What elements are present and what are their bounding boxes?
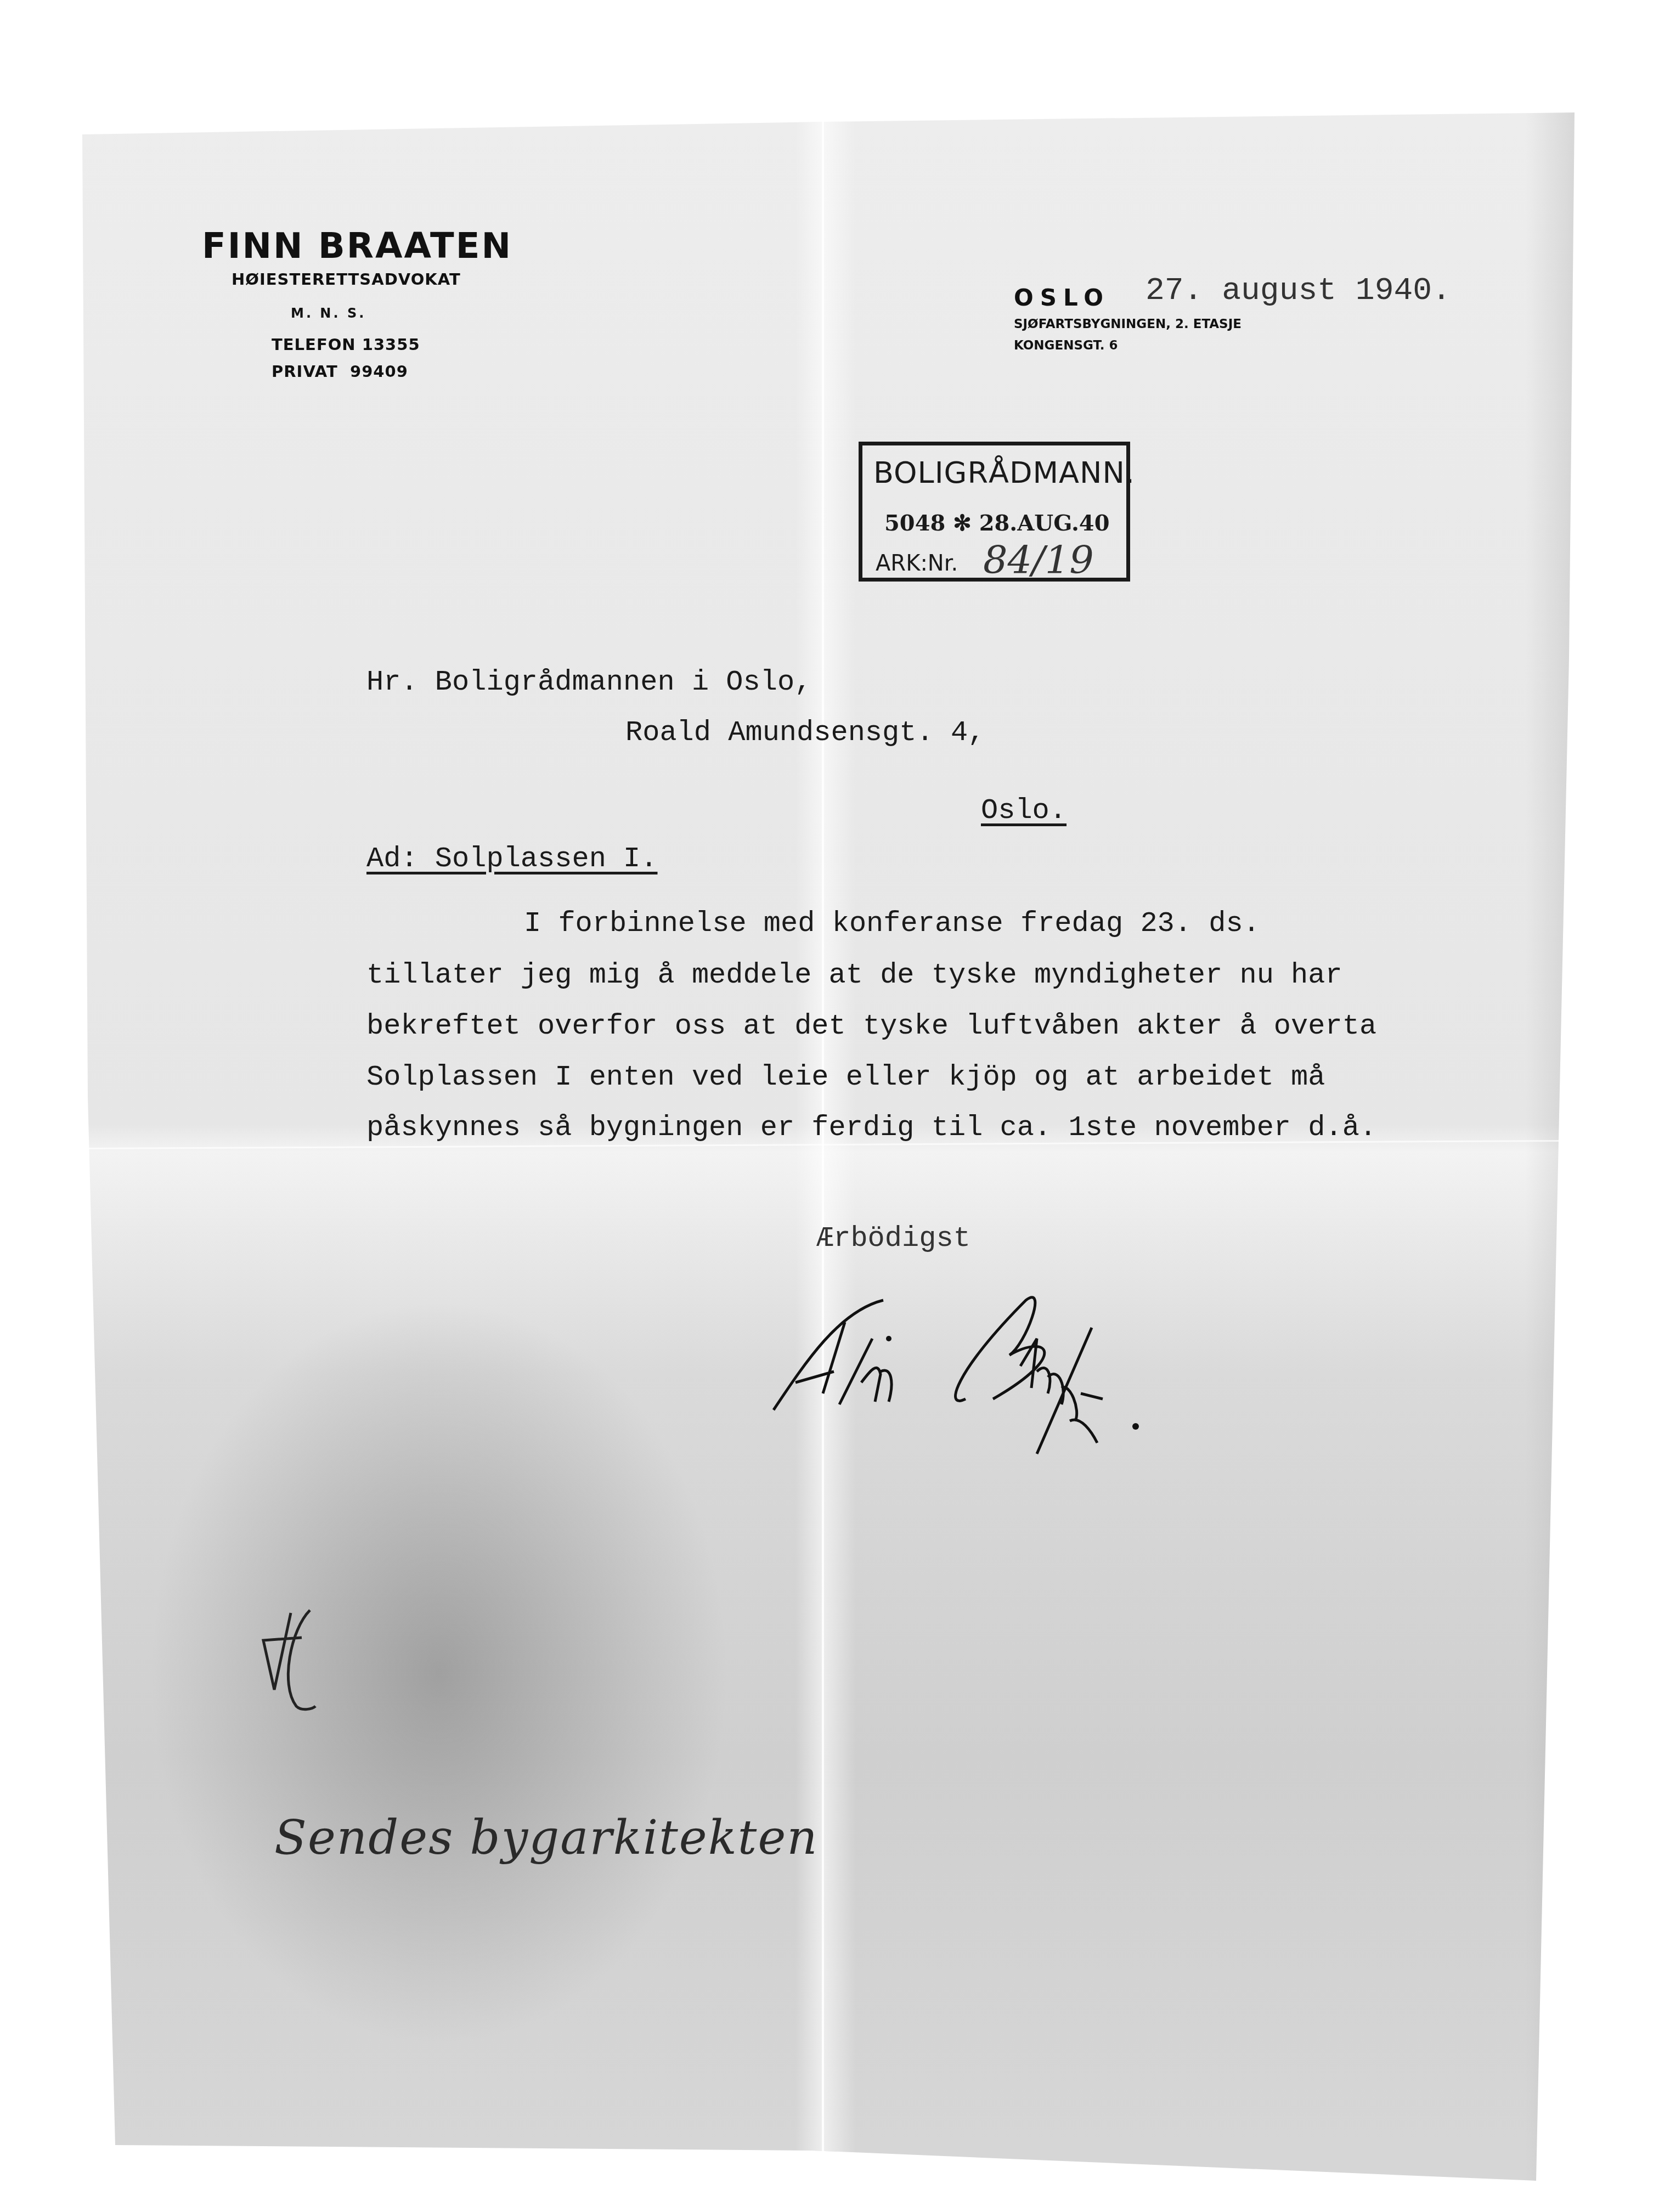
recipient-line-3: Oslo. <box>975 797 1083 825</box>
routing-note: Sendes bygarkitekten <box>274 1810 819 1865</box>
closing-salutation: Ærbödigst <box>816 1224 970 1253</box>
letterhead-phone: TELEFON 13355 <box>272 335 420 354</box>
recipient-line-1: Hr. Boligrådmannen i Oslo, <box>366 668 811 697</box>
letterhead-name: FINN BRAATEN <box>202 226 512 267</box>
stamp-number-date: 5048 ✻ 28.AUG.40 <box>884 510 1110 536</box>
receipt-stamp: BOLIGRÅDMANN. 5048 ✻ 28.AUG.40 ARK:Nr. 8… <box>859 442 1130 582</box>
letter-date: 27. august 1940. <box>1145 275 1451 307</box>
letterhead-affiliation: M. N. S. <box>291 306 366 321</box>
street-address: KONGENSGT. 6 <box>1014 338 1118 353</box>
initial-text: H <box>258 1607 258 1608</box>
signature-text: Finn Braaten <box>763 1278 766 1279</box>
initial-mark: H <box>258 1607 335 1717</box>
body-line-3: bekreftet overfor oss at det tyske luftv… <box>366 1012 1376 1041</box>
letter-paper <box>0 0 1659 2212</box>
city-label: OSLO <box>1014 284 1110 311</box>
stamp-office: BOLIGRÅDMANN. <box>873 455 1135 490</box>
building-address: SJØFARTSBYGNINGEN, 2. ETASJE <box>1014 317 1242 331</box>
stamp-archive-number: 84/19 <box>983 538 1094 583</box>
stamp-archive-label: ARK:Nr. <box>876 551 958 576</box>
recipient-line-2: Roald Amundsensgt. 4, <box>625 719 985 747</box>
signature: Finn Braaten <box>763 1278 1201 1465</box>
letterhead-private-phone: PRIVAT 99409 <box>272 362 408 381</box>
subject-line: Ad: Solplassen I. <box>366 845 658 873</box>
body-line-4: Solplassen I enten ved leie eller kjöp o… <box>366 1063 1325 1092</box>
body-line-5: påskynnes så bygningen er ferdig til ca.… <box>366 1114 1376 1142</box>
body-line-2: tillater jeg mig å meddele at de tyske m… <box>366 961 1342 990</box>
letterhead-title: HØIESTERETTSADVOKAT <box>232 270 461 289</box>
body-line-1: I forbinnelse med konferanse fredag 23. … <box>524 910 1260 938</box>
